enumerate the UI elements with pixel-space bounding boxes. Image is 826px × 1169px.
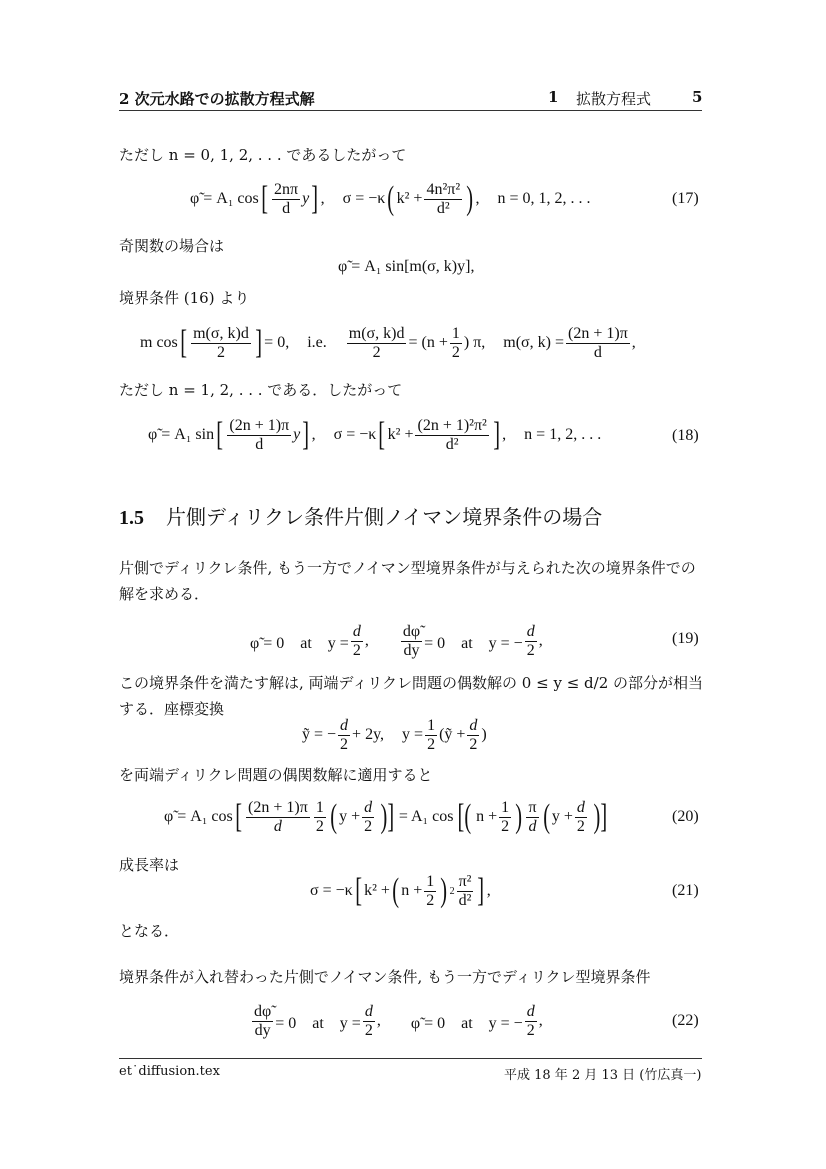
running-header-section-title: 拡散方程式 [576,88,651,109]
text-line: ただし n = 1, 2, . . . である．したがって [119,380,402,400]
text-line: を両端ディリクレ問題の偶関数解に適用すると [119,765,433,785]
footer-rule [119,1058,702,1059]
running-header-title: 2 次元水路での拡散方程式解 [119,88,315,109]
paragraph: 片側でディリクレ条件, もう一方でノイマン型境界条件が与えられた次の境界条件での… [119,555,704,607]
equation-bc16: m cos [ m(σ, k)d2 ] = 0, i.e. m(σ, k)d2 … [140,318,636,368]
equation-22: dφ̃dy = 0 at y = d2, φ̃ = 0 at y = − d2, [250,998,543,1044]
text-line: ただし n = 0, 1, 2, . . . であるしたがって [119,145,406,165]
page-number: 5 [692,88,702,106]
running-header-section-number: 1 [548,88,558,106]
header-rule [119,110,702,111]
section-heading: 1.5片側ディリクレ条件片側ノイマン境界条件の場合 [119,501,602,530]
equation-number: (17) [672,190,699,208]
footer-date-author: 平成 18 年 2 月 13 日 (竹広真一) [504,1064,701,1083]
equation-number: (19) [672,630,699,648]
equation-number: (18) [672,427,699,445]
text-line: 境界条件が入れ替わった片側でノイマン条件, もう一方でディリクレ型境界条件 [119,967,651,987]
equation-number: (22) [672,1012,699,1030]
footer-filename: et˙diffusion.tex [119,1064,220,1079]
text-line: 奇関数の場合は [119,236,224,256]
text-line: 境界条件 (16) より [119,288,249,308]
equation-19: φ̃ = 0 at y = d2, dφ̃dy = 0 at y = − d2, [250,618,543,664]
section-title: 片側ディリクレ条件片側ノイマン境界条件の場合 [166,505,602,529]
equation-18: φ̃ = A₁ sin [ (2n + 1)πd y ], σ = −κ [ k… [148,410,601,460]
eq-term: φ̃ = A₁ cos [190,190,259,208]
text-line: 成長率は [119,855,179,875]
section-number: 1.5 [119,507,144,529]
fraction: 4n²π²d² [424,181,462,218]
coordinate-transform-equation: ỹ = − d2 + 2y, y = 12 (ỹ + d2) [302,712,487,758]
equation-21: σ = −κ [ k² + ( n + 12 )2 π²d² ], [310,866,491,916]
equation-17: φ̃ = A₁ cos [ 2nπd y ], σ = −κ ( k² + 4n… [190,174,590,224]
bracket: ] [312,182,319,216]
text-line: となる． [119,921,179,941]
equation-20: φ̃ = A₁ cos [ (2n + 1)πd 12 ( y + d2 )] … [164,792,612,842]
bracket: [ [261,182,268,216]
fraction: 2nπd [272,181,300,218]
odd-equation: φ̃ = A₁ sin[m(σ, k)y], [338,258,474,276]
equation-number: (20) [672,808,699,826]
equation-number: (21) [672,882,699,900]
